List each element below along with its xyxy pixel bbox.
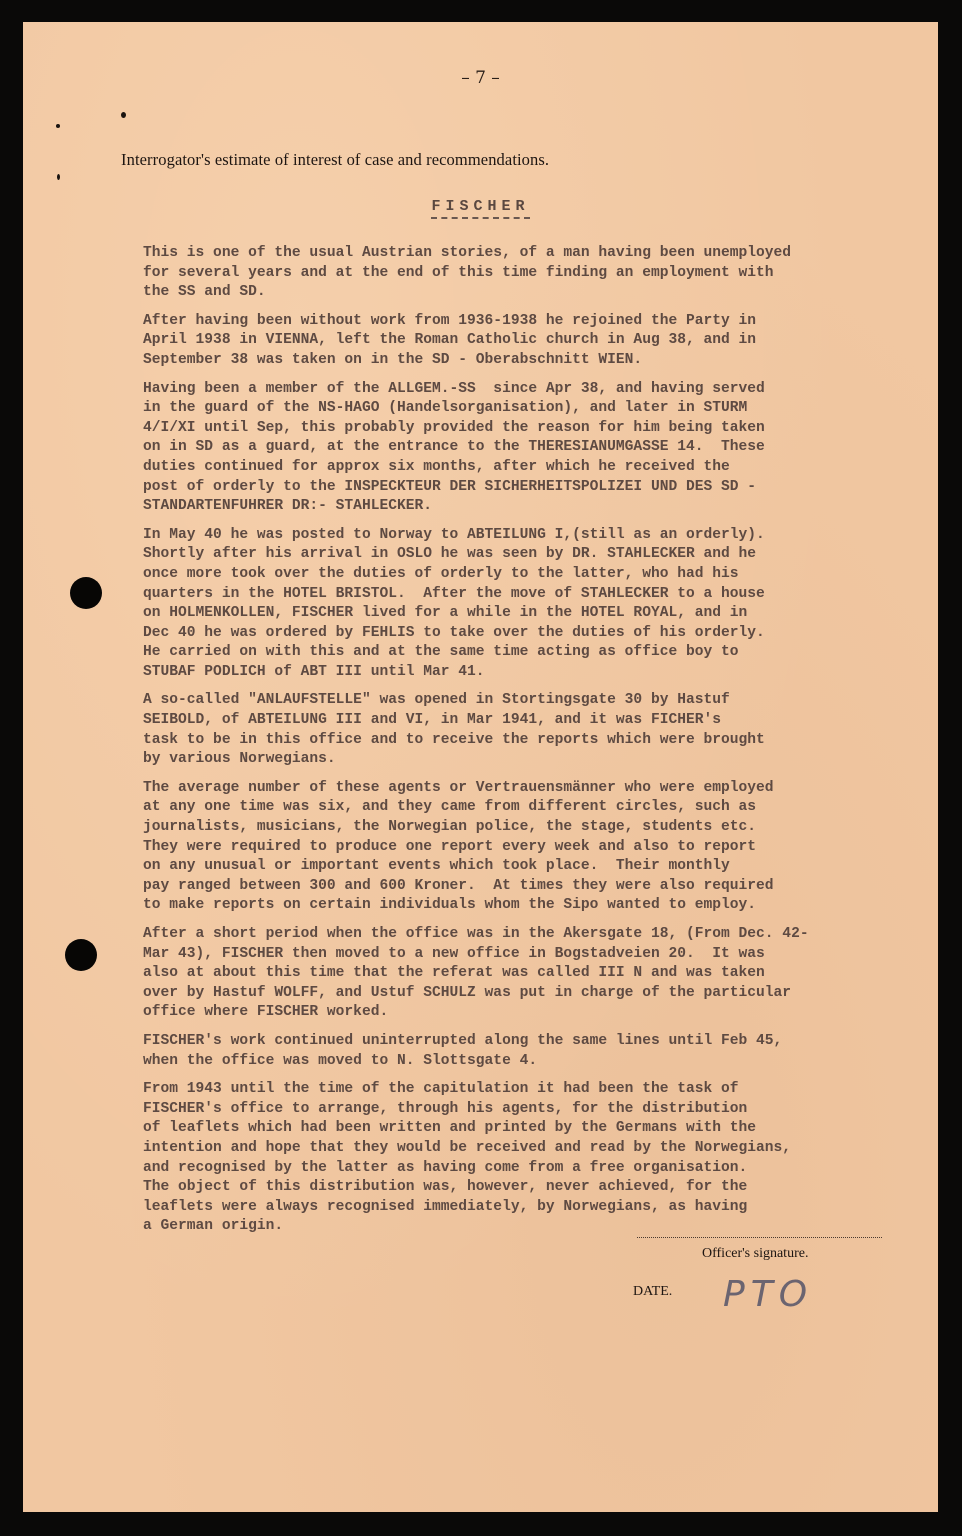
paragraph: After having been without work from 1936…	[143, 312, 933, 371]
section-heading: Interrogator's estimate of interest of c…	[121, 150, 549, 170]
ink-speck	[56, 124, 60, 128]
paragraph: This is one of the usual Austrian storie…	[143, 244, 933, 303]
signature-line	[637, 1237, 882, 1238]
punch-hole-icon	[70, 577, 102, 609]
paragraph: The average number of these agents or Ve…	[143, 779, 933, 916]
ink-speck	[57, 174, 60, 180]
subject-name: FISCHER	[23, 197, 938, 215]
handwritten-note: PTO	[723, 1274, 813, 1315]
signature-label: Officer's signature.	[702, 1246, 808, 1262]
paragraph: A so-called "ANLAUFSTELLE" was opened in…	[143, 691, 933, 769]
ink-speck	[121, 112, 126, 118]
paragraph: FISCHER's work continued uninterrupted a…	[143, 1032, 933, 1071]
document-page: – 7 – Interrogator's estimate of interes…	[23, 22, 938, 1512]
page-number: – 7 –	[23, 68, 938, 88]
paragraph: From 1943 until the time of the capitula…	[143, 1080, 933, 1237]
report-body: This is one of the usual Austrian storie…	[143, 244, 933, 1246]
paragraph: In May 40 he was posted to Norway to ABT…	[143, 526, 933, 683]
punch-hole-icon	[65, 939, 97, 971]
date-label: DATE.	[633, 1284, 672, 1300]
paragraph: After a short period when the office was…	[143, 925, 933, 1023]
subject-name-text: FISCHER	[431, 198, 529, 219]
paragraph: Having been a member of the ALLGEM.-SS s…	[143, 380, 933, 517]
